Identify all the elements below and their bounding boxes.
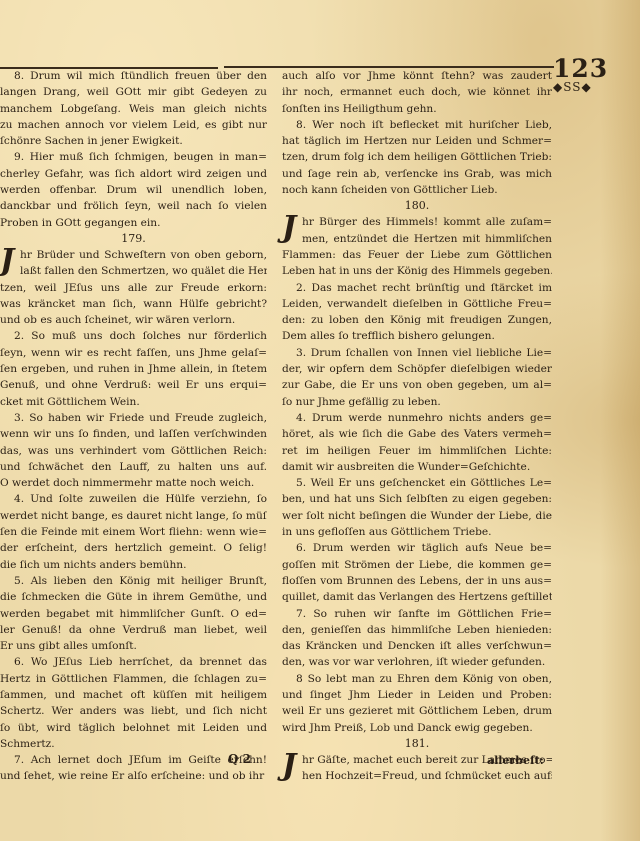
text-line: Leiden, verwandelt dieſelben in Göttlich… [282, 296, 552, 312]
text-line: 8. Wer noch iſt beflecket mit huriſcher … [282, 117, 552, 133]
hymn-179-continuation: auch alſo vor Jhme könnt ſtehn? was zaud… [282, 68, 552, 198]
hymnal-page: 123 ◆SS◆ 8. Drum wil mich ſtündlich freu… [0, 0, 640, 841]
text-line: höret, als wie ſich die Gabe des Vaters … [282, 426, 552, 442]
text-line: den: zu loben den König mit freudigen Zu… [282, 312, 552, 328]
left-column: 8. Drum wil mich ſtündlich freuen über d… [0, 68, 267, 785]
text-line: das Kräncken und Dencken iſt alles verſc… [282, 638, 552, 654]
text-line: werdet nicht bange, es dauret nicht lang… [0, 508, 267, 524]
text-line: und ob es auch ſcheinet, wir wären verlo… [0, 312, 267, 328]
text-line: wird Jhm Preiß, Lob und Danck ewig gegeb… [282, 720, 552, 736]
text-line: ret im heiligen Feuer im himmliſchen Lic… [282, 443, 552, 459]
text-line: ſeyn, wenn wir es recht faſſen, uns Jhme… [0, 345, 267, 361]
text-line: 6. Drum werden wir täglich aufs Neue be= [282, 540, 552, 556]
text-line: ben, und hat uns Sich ſelbſten zu eigen … [282, 491, 552, 507]
text-line: ſen ergeben, und ruhen in Jhme allein, i… [0, 361, 267, 377]
text-line: ler Genuß! da ohne Verdruß man liebet, w… [0, 622, 267, 638]
text-line: damit wir ausbreiten die Wunder=Geſchich… [282, 459, 552, 475]
hymn-number-181: 181. [282, 736, 552, 752]
page-ornament-icon: ◆SS◆ [553, 80, 592, 94]
text-line: 5. Als lieben den König mit heiliger Bru… [0, 573, 267, 589]
text-line: manchem Lobgeſang. Weis man gleich nicht… [0, 101, 267, 117]
text-line: 9. Hier muß ſich ſchmigen, beugen in man… [0, 149, 267, 165]
text-line: zur Gabe, die Er uns von oben gegeben, u… [282, 377, 552, 393]
dropcap-181: J [282, 751, 296, 781]
text-line: 6. Wo JEſus Lieb herrſchet, da brennet d… [0, 654, 267, 670]
right-column: auch alſo vor Jhme könnt ſtehn? was zaud… [282, 68, 552, 784]
text-line: hen Hochzeit=Freud, und ſchmücket euch a… [282, 768, 552, 784]
text-line: tzen, weil JEſus uns alle zur Freude erk… [0, 280, 267, 296]
hymn-number-179: 179. [0, 231, 267, 247]
text-line: werden begabet mit himmliſcher Gunſt. O … [0, 606, 267, 622]
text-line: wer ſolt nicht beſingen die Wunder der L… [282, 508, 552, 524]
text-line: Hertz in Göttlichen Flammen, die ſchlage… [0, 671, 267, 687]
text-line: Dem alles ſo trefflich bishero gelungen. [282, 328, 552, 344]
text-line: 7. Ach lernet doch JEſum im Geiſte erſeh… [0, 752, 267, 768]
text-line: 5. Weil Er uns geſchencket ein Göttliche… [282, 475, 552, 491]
hymn-179-text: hr Brüder und Schweſtern von oben geborn… [0, 247, 267, 785]
text-line: und ſinget Jhm Lieder in Leiden und Prob… [282, 687, 552, 703]
text-line: was kräncket man ſich, wann Hülfe gebric… [0, 296, 267, 312]
text-line: 3. Drum ſchallen von Innen viel lieblich… [282, 345, 552, 361]
signature-mark: Q 2 [228, 752, 251, 766]
text-line: in uns gefloſſen aus Göttlichem Triebe. [282, 524, 552, 540]
text-line: men, entzündet die Hertzen mit himmliſch… [282, 231, 552, 247]
text-line: ſen die Feinde mit einem Wort fliehn: we… [0, 524, 267, 540]
text-line: hr Bürger des Himmels! kommt alle zuſam= [282, 214, 552, 230]
text-line: floſſen vom Brunnen des Lebens, der in u… [282, 573, 552, 589]
hymn-178-continuation: 8. Drum wil mich ſtündlich freuen über d… [0, 68, 267, 231]
catchword: allerbeſt: [487, 754, 544, 767]
text-line: hat täglich im Hertzen nur Leiden und Sc… [282, 133, 552, 149]
text-line: 7. So ruhen wir ſanfte im Göttlichen Fri… [282, 606, 552, 622]
text-line: und ſage rein ab, verſencke ins Grab, wa… [282, 166, 552, 182]
text-line: 4. Drum werde nunmehro nichts anders ge= [282, 410, 552, 426]
text-line: ihr noch, ermannet euch doch, wie könnet… [282, 84, 552, 100]
text-line: noch kann ſcheiden von Göttlicher Lieb. [282, 182, 552, 198]
text-line: ſchönre Sachen in jener Ewigkeit. [0, 133, 267, 149]
text-line: weil Er uns gezieret mit Göttlichem Lebe… [282, 703, 552, 719]
text-line: 8 So lebt man zu Ehren dem König von obe… [282, 671, 552, 687]
text-line: 4. Und ſolte zuweilen die Hülfe verziehn… [0, 491, 267, 507]
text-line: wenn wir uns ſo finden, und laſſen verſc… [0, 426, 267, 442]
text-line: die ſchmecken die Güte in ihrem Gemüthe,… [0, 589, 267, 605]
text-line: ſammen, und machet oft küſſen mit heilig… [0, 687, 267, 703]
text-line: danckbar und frölich ſeyn, weil nach ſo … [0, 198, 267, 214]
text-line: Flammen: das Feuer der Liebe zum Göttlic… [282, 247, 552, 263]
text-line: zu machen annoch vor vielem Leid, es gib… [0, 117, 267, 133]
text-line: und ſehet, wie reine Er alſo erſcheine: … [0, 768, 267, 784]
text-line: 8. Drum wil mich ſtündlich freuen über d… [0, 68, 267, 84]
text-line: hr Brüder und Schweſtern von oben geborn… [0, 247, 267, 263]
text-line: Schmertz. [0, 736, 267, 752]
text-line: die ſich um nichts anders bemühn. [0, 557, 267, 573]
text-line: O werdet doch nimmermehr matte noch weic… [0, 475, 267, 491]
text-line: Schertz. Wer anders was liebt, und ſich … [0, 703, 267, 719]
text-line: 2. So muß uns doch ſolches nur förderlic… [0, 328, 267, 344]
text-line: Leben hat in uns der König des Himmels g… [282, 263, 552, 279]
text-line: ſo übt, wird täglich belohnet mit Leiden… [0, 720, 267, 736]
text-line: den, was vor war verlohren, iſt wieder g… [282, 654, 552, 670]
text-line: cket mit Göttlichem Wein. [0, 394, 267, 410]
hymn-number-180: 180. [282, 198, 552, 214]
text-line: der erſcheint, ders hertzlich gemeint. O… [0, 540, 267, 556]
text-line: Proben in GOtt gegangen ein. [0, 215, 267, 231]
text-line: quillet, damit das Verlangen des Hertzen… [282, 589, 552, 605]
dropcap-180: J [282, 213, 296, 243]
text-line: werden offenbar. Drum wil unendlich lobe… [0, 182, 267, 198]
text-line: langen Drang, weil GOtt mir gibt Gedeyen… [0, 84, 267, 100]
text-line: 2. Das machet recht brünſtig und ſtärcke… [282, 280, 552, 296]
text-line: cherley Gefahr, was ſich aldort wird zei… [0, 166, 267, 182]
text-line: Genuß, und ohne Verdruß: weil Er uns erq… [0, 377, 267, 393]
text-line: den, genieſſen das himmliſche Leben hien… [282, 622, 552, 638]
text-line: 3. So haben wir Friede und Freude zuglei… [0, 410, 267, 426]
text-line: und ſchwächet den Lauff, zu halten uns a… [0, 459, 267, 475]
text-line: auch alſo vor Jhme könnt ſtehn? was zaud… [282, 68, 552, 84]
text-line: der, wir opfern dem Schöpfer dieſelbigen… [282, 361, 552, 377]
text-line: laßt fallen den Schmertzen, wo quälet di… [0, 263, 267, 279]
hymn-180: J hr Bürger des Himmels! kommt alle zuſa… [282, 214, 552, 736]
dropcap-179: J [0, 246, 14, 276]
hymn-180-text: hr Bürger des Himmels! kommt alle zuſam=… [282, 214, 552, 736]
hymn-179: J hr Brüder und Schweſtern von oben gebo… [0, 247, 267, 785]
text-line: ſo nur Jhme gefällig zu leben. [282, 394, 552, 410]
page-number: 123 [553, 54, 608, 83]
text-line: goſſen mit Strömen der Liebe, die kommen… [282, 557, 552, 573]
text-line: Er uns gibt alles umſonſt. [0, 638, 267, 654]
text-line: tzen, drum folg ich dem heiligen Göttlic… [282, 149, 552, 165]
text-line: das, was uns verhindert vom Göttlichen R… [0, 443, 267, 459]
text-line: ſonſten ins Heiligthum gehn. [282, 101, 552, 117]
page-edge-stain [600, 0, 640, 841]
